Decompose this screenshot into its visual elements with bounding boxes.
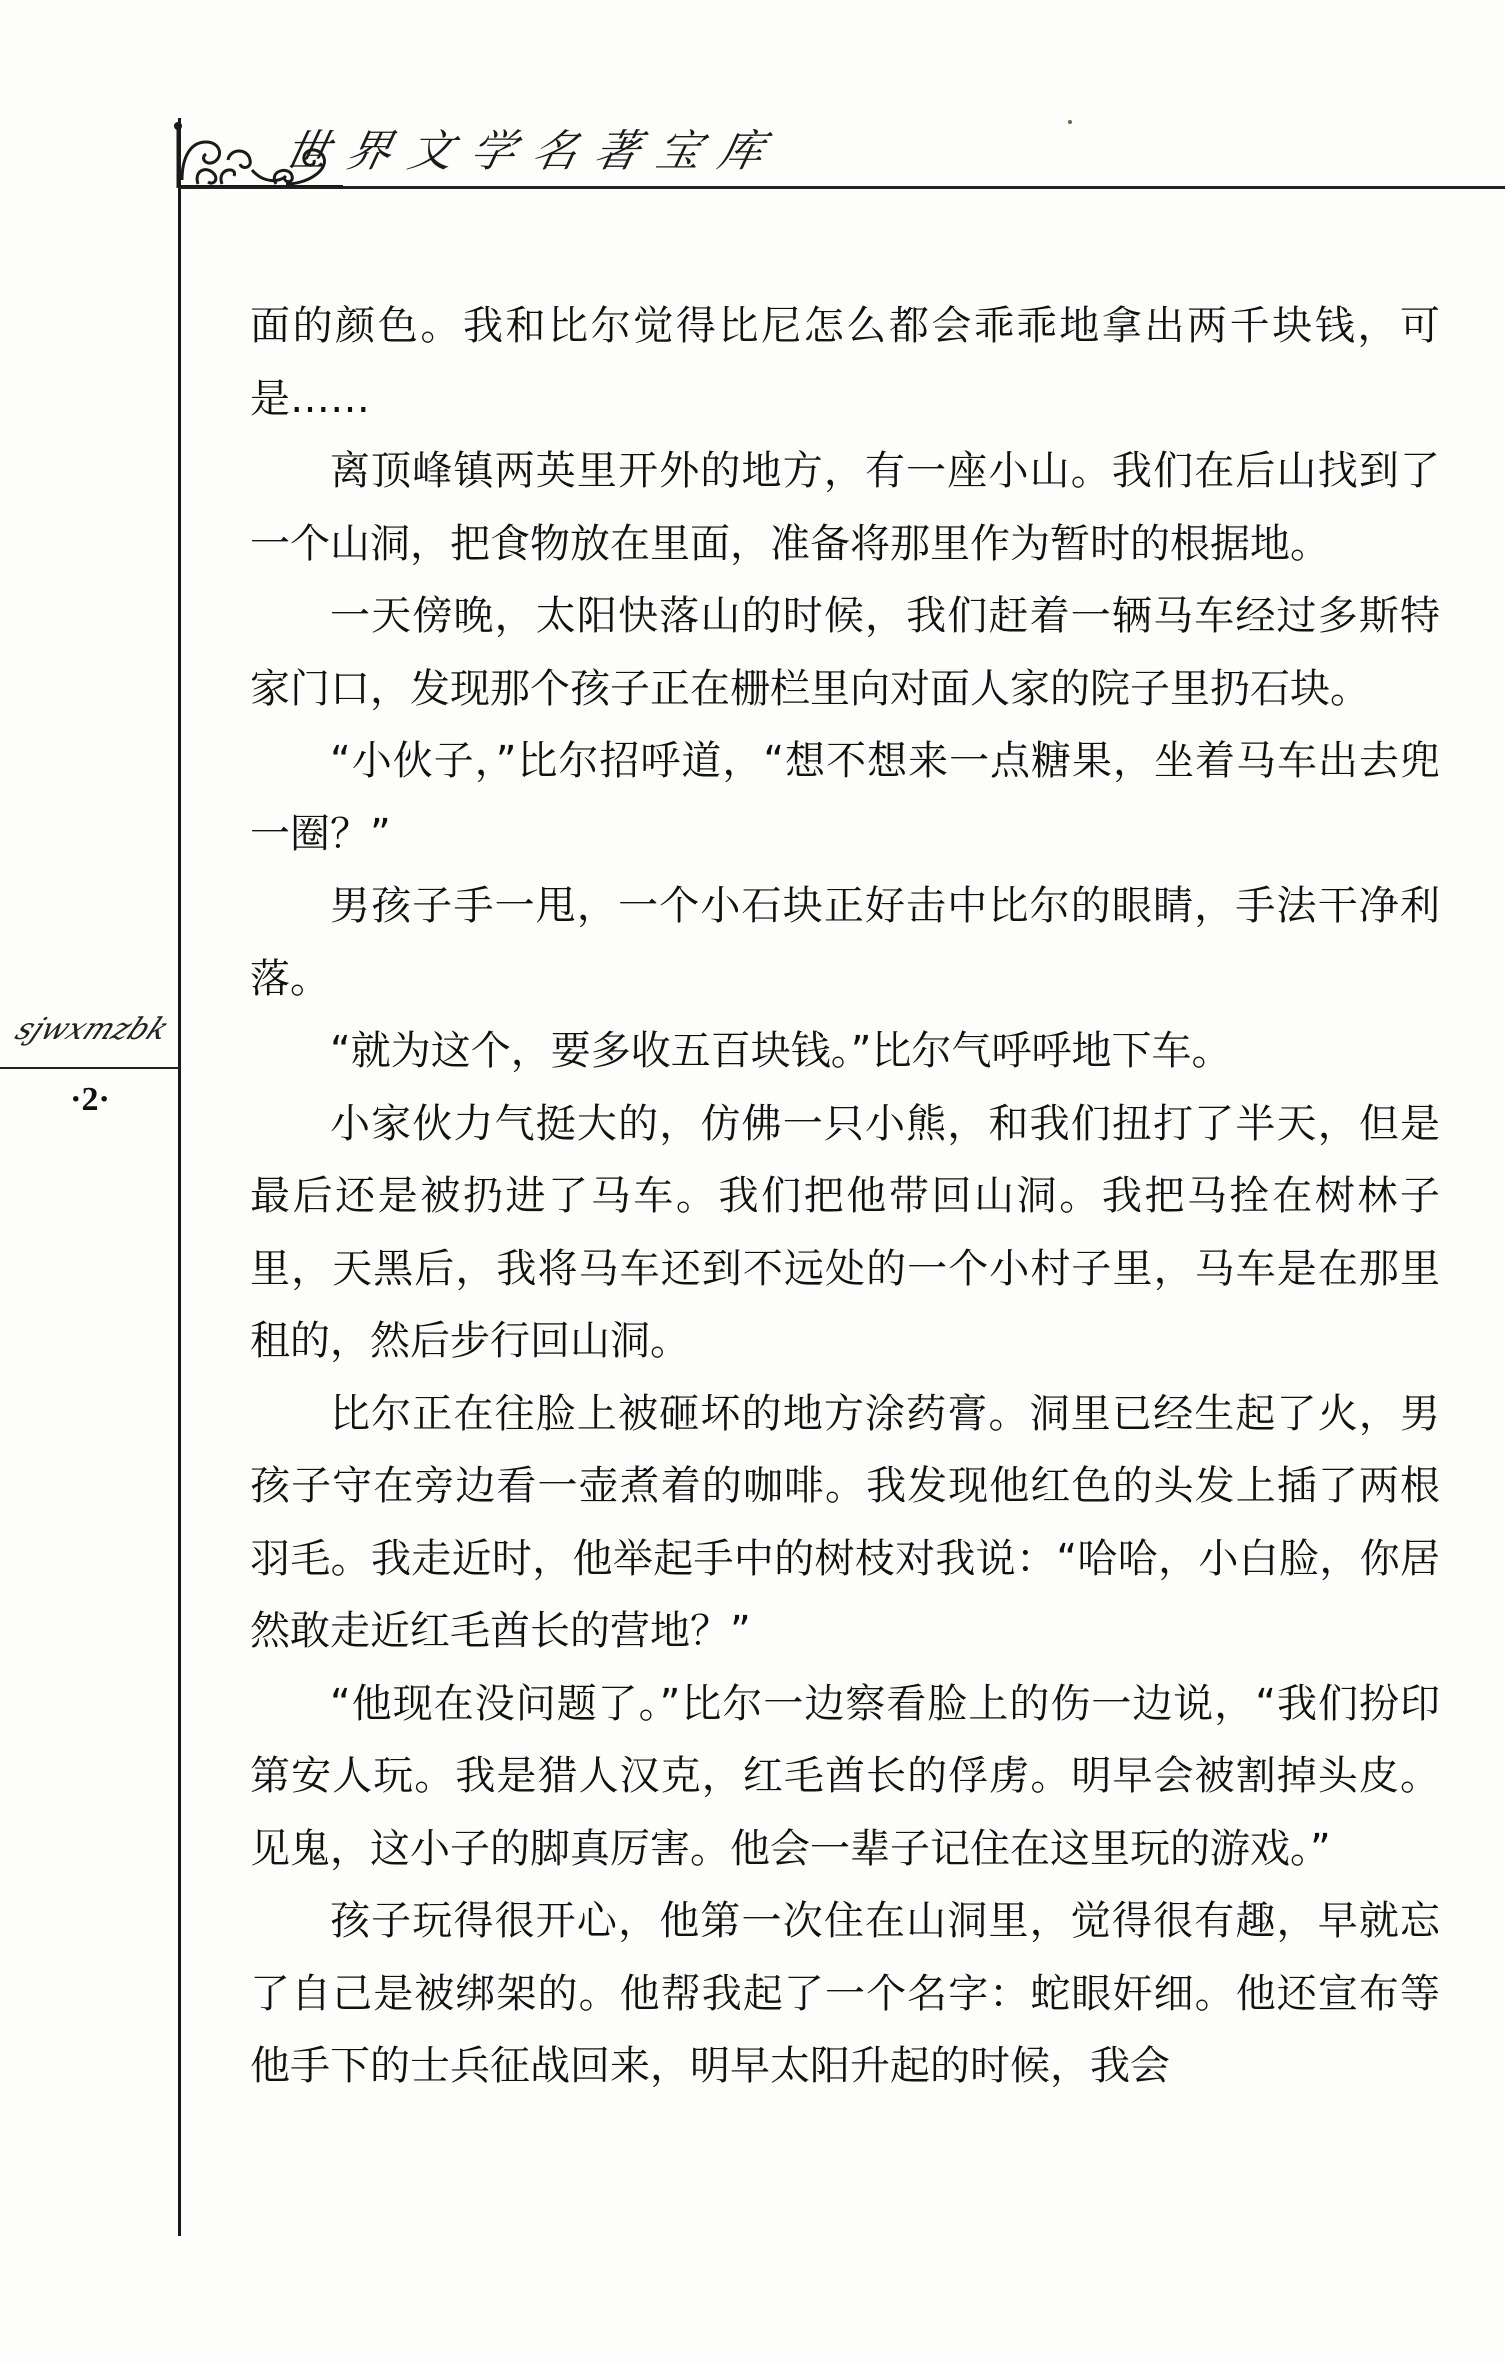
paragraph: 孩子玩得很开心，他第一次住在山洞里，觉得很有趣，早就忘了自己是被绑架的。他帮我起… (250, 1885, 1440, 2103)
left-border-rule (178, 118, 181, 2236)
paragraph: 面的颜色。我和比尔觉得比尼怎么都会乖乖地拿出两千块钱，可是…… (250, 290, 1440, 435)
paragraph: “就为这个，要多收五百块钱。”比尔气呼呼地下车。 (250, 1015, 1440, 1088)
margin-rule (0, 1067, 180, 1069)
paragraph: 男孩子手一甩，一个小石块正好击中比尔的眼睛，手法干净利落。 (250, 870, 1440, 1015)
series-title: 世界文学名著宝库 (279, 122, 788, 182)
paragraph: 小家伙力气挺大的，仿佛一只小熊，和我们扭打了半天，但是最后还是被扔进了马车。我们… (250, 1088, 1440, 1378)
paragraph: 离顶峰镇两英里开外的地方，有一座小山。我们在后山找到了一个山洞，把食物放在里面，… (250, 435, 1440, 580)
page-number: ·2· (40, 1078, 140, 1122)
paragraph: “小伙子，”比尔招呼道，“想不想来一点糖果，坐着马车出去兜一圈？” (250, 725, 1440, 870)
print-speck (1068, 120, 1072, 124)
body-text: 面的颜色。我和比尔觉得比尼怎么都会乖乖地拿出两千块钱，可是…… 离顶峰镇两英里开… (250, 290, 1440, 2103)
paragraph: 比尔正在往脸上被砸坏的地方涂药膏。洞里已经生起了火，男孩子守在旁边看一壶煮着的咖… (250, 1378, 1440, 1668)
paragraph: 一天傍晚，太阳快落山的时候，我们赶着一辆马车经过多斯特家门口，发现那个孩子正在栅… (250, 580, 1440, 725)
paragraph: “他现在没问题了。”比尔一边察看脸上的伤一边说，“我们扮印第安人玩。我是猎人汉克… (250, 1668, 1440, 1886)
header-rule (178, 186, 1505, 189)
margin-tag: sjwxmzbk (0, 1000, 190, 1060)
